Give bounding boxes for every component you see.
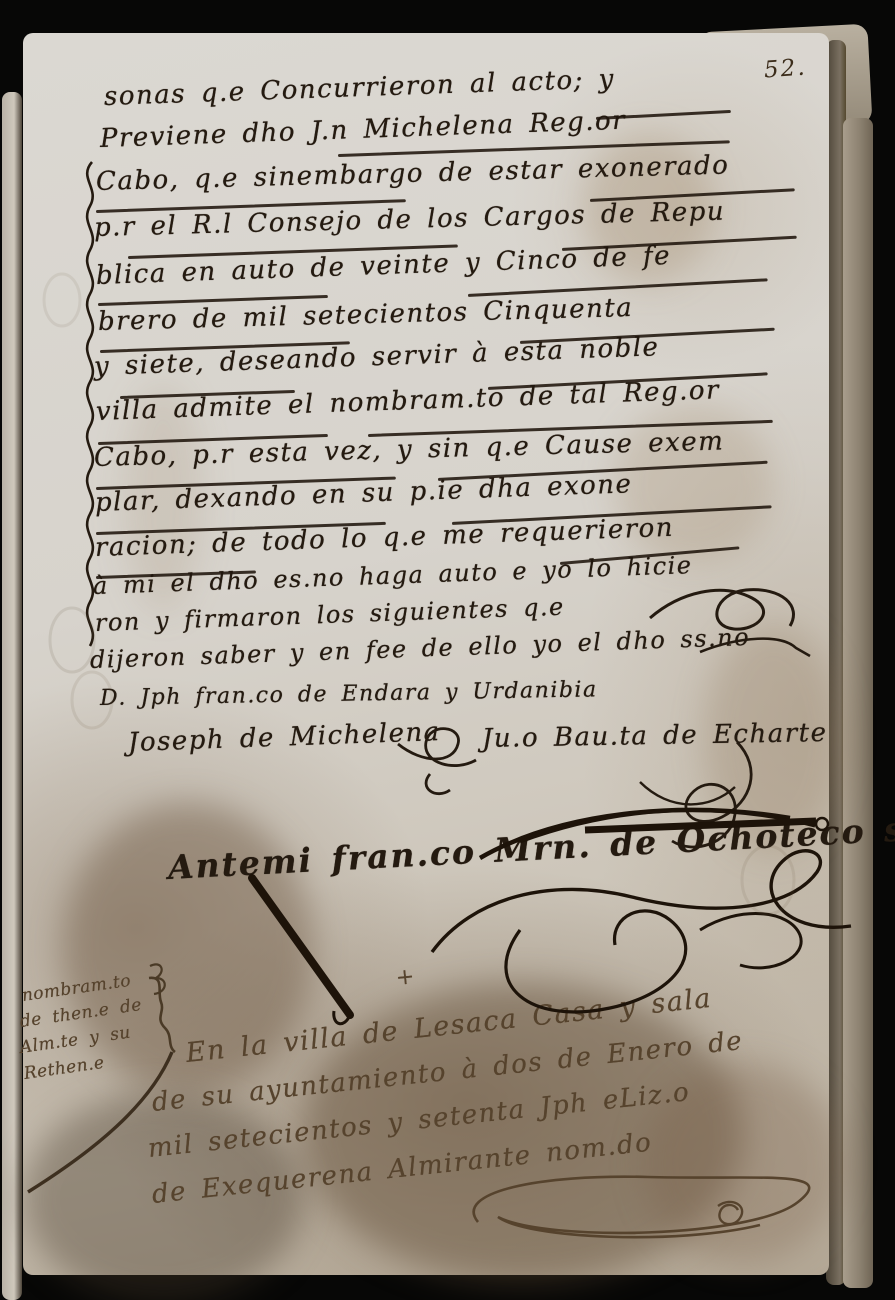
photo-of-manuscript-book: 52. sonas q.e Concurrieron al acto; y Pr…: [0, 0, 895, 1300]
signature-echarte: Ju.o Bau.ta de Echarte: [482, 718, 828, 754]
book-page-edge: [2, 92, 22, 1300]
book-page-edge: [843, 118, 873, 1288]
folio-number: 52.: [763, 55, 807, 84]
cross-mark: +: [395, 964, 417, 991]
